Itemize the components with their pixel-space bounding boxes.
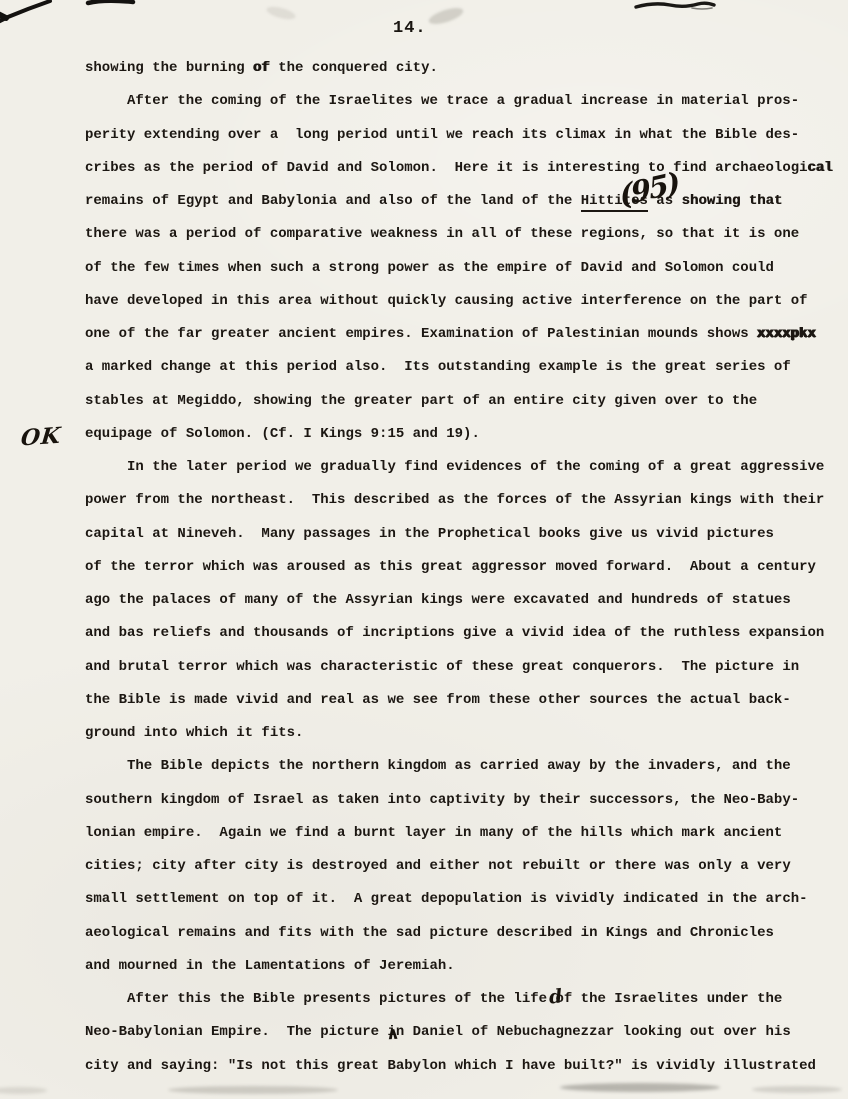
ink-smudge [0, 1087, 47, 1094]
handwritten-caret-mark: ∧ [385, 1024, 400, 1045]
text-line: and bas reliefs and thousands of incript… [85, 617, 848, 650]
text-line: lonian empire. Again we find a burnt lay… [85, 817, 848, 850]
text-line: have developed in this area without quic… [85, 285, 848, 318]
text-line: power from the northeast. This described… [85, 484, 848, 517]
text-line: In the later period we gradually find ev… [85, 451, 848, 484]
text-line: and mourned in the Lamentations of Jerem… [85, 950, 848, 983]
ink-smudge [560, 1083, 720, 1092]
text-line: cribes as the period of David and Solomo… [85, 152, 848, 185]
text-line: Neo-Babylonian Empire. The picture in Da… [85, 1016, 848, 1049]
text-line: small settlement on top of it. A great d… [85, 883, 848, 916]
scanned-typescript-page: 14. showing the burning of the conquered… [0, 0, 848, 1099]
paper-speck [265, 4, 297, 21]
text-line: remains of Egypt and Babylonia and also … [85, 185, 848, 218]
text-line: After the coming of the Israelites we tr… [85, 85, 848, 118]
text-line: stables at Megiddo, showing the greater … [85, 385, 848, 418]
ink-mark-top-left [0, 0, 150, 30]
text-line: capital at Nineveh. Many passages in the… [85, 518, 848, 551]
text-line: aeological remains and fits with the sad… [85, 917, 848, 950]
text-line: equipage of Solomon. (Cf. I Kings 9:15 a… [85, 418, 848, 451]
text-line: of the terror which was aroused as this … [85, 551, 848, 584]
text-line: there was a period of comparative weakne… [85, 218, 848, 251]
text-line: After this the Bible presents pictures o… [85, 983, 848, 1016]
handwritten-ok-margin-note: OK [20, 422, 63, 451]
text-line: The Bible depicts the northern kingdom a… [85, 750, 848, 783]
text-line: showing the burning of the conquered cit… [85, 52, 848, 85]
text-line: cities; city after city is destroyed and… [85, 850, 848, 883]
text-line: ground into which it fits. [85, 717, 848, 750]
text-line: perity extending over a long period unti… [85, 119, 848, 152]
page-number: 14. [393, 19, 427, 38]
text-line: one of the far greater ancient empires. … [85, 318, 848, 351]
text-line: and brutal terror which was characterist… [85, 651, 848, 684]
text-line: ago the palaces of many of the Assyrian … [85, 584, 848, 617]
typescript-lines: showing the burning of the conquered cit… [85, 52, 848, 1083]
text-line: of the few times when such a strong powe… [85, 252, 848, 285]
handwritten-inserted-letter-d: d [548, 985, 564, 1008]
text-line: the Bible is made vivid and real as we s… [85, 684, 848, 717]
paper-speck [427, 5, 465, 28]
ink-smudge [752, 1086, 842, 1093]
text-line: a marked change at this period also. Its… [85, 351, 848, 384]
ink-smudge [168, 1086, 338, 1094]
text-line: city and saying: "Is not this great Baby… [85, 1050, 848, 1083]
ink-mark-top-right [632, 0, 722, 16]
text-line: southern kingdom of Israel as taken into… [85, 784, 848, 817]
